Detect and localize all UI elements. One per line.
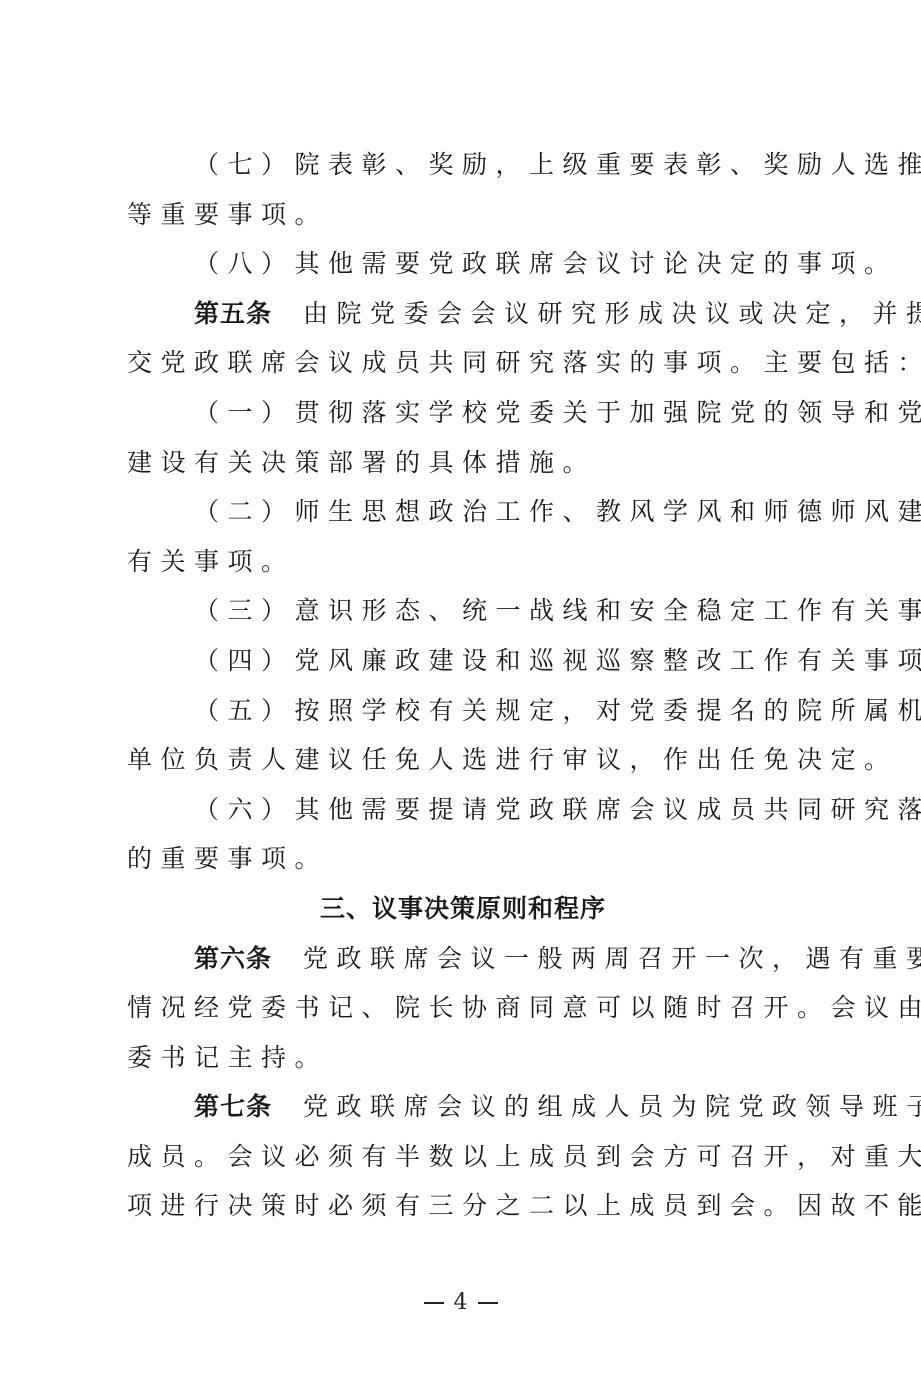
dash-left [424,1302,444,1304]
article-6: 第六条党政联席会议一般两周召开一次，遇有重要 [127,934,817,984]
paragraph-continuation: 单位负责人建议任免人选进行审议，作出任免决定。 [127,735,817,785]
section-heading: 三、议事决策原则和程序 [127,884,817,934]
article-text: 由院党委会会议研究形成决议或决定，并提 [303,299,921,328]
paragraph-item-4: （四）党风廉政建设和巡视巡察整改工作有关事项。 [127,636,817,686]
paragraph-continuation: 交党政联席会议成员共同研究落实的事项。主要包括： [127,338,817,388]
dash-right [478,1302,498,1304]
page-number: 4 [454,1290,468,1315]
article-5: 第五条由院党委会会议研究形成决议或决定，并提 [127,289,817,339]
article-label: 第六条 [194,944,272,973]
paragraph-continuation: 等重要事项。 [127,190,817,240]
document-page: （七）院表彰、奖励，上级重要表彰、奖励人选推荐 等重要事项。 （八）其他需要党政… [127,140,817,1231]
article-7: 第七条党政联席会议的组成人员为院党政领导班子 [127,1082,817,1132]
paragraph-continuation: 委书记主持。 [127,1033,817,1083]
article-text: 党政联席会议的组成人员为院党政领导班子 [303,1092,921,1121]
paragraph-item-8: （八）其他需要党政联席会议讨论决定的事项。 [127,239,817,289]
paragraph-continuation: 有关事项。 [127,537,817,587]
paragraph-item-1: （一）贯彻落实学校党委关于加强院党的领导和党的 [127,388,817,438]
paragraph-item-2: （二）师生思想政治工作、教风学风和师德师风建设 [127,487,817,537]
article-label: 第五条 [194,299,272,328]
paragraph-continuation: 的重要事项。 [127,834,817,884]
article-text: 党政联席会议一般两周召开一次，遇有重要 [303,944,921,973]
paragraph-item-5: （五）按照学校有关规定，对党委提名的院所属机构、 [127,686,817,736]
paragraph-continuation: 建设有关决策部署的具体措施。 [127,438,817,488]
paragraph-continuation: 项进行决策时必须有三分之二以上成员到会。因故不能参 [127,1181,817,1231]
paragraph-item-7: （七）院表彰、奖励，上级重要表彰、奖励人选推荐 [127,140,817,190]
paragraph-continuation: 成员。会议必须有半数以上成员到会方可召开，对重大事 [127,1132,817,1182]
paragraph-item-6: （六）其他需要提请党政联席会议成员共同研究落实 [127,785,817,835]
page-footer: 4 [0,1290,921,1315]
article-label: 第七条 [194,1092,272,1121]
paragraph-item-3: （三）意识形态、统一战线和安全稳定工作有关事项。 [127,586,817,636]
paragraph-continuation: 情况经党委书记、院长协商同意可以随时召开。会议由党 [127,983,817,1033]
